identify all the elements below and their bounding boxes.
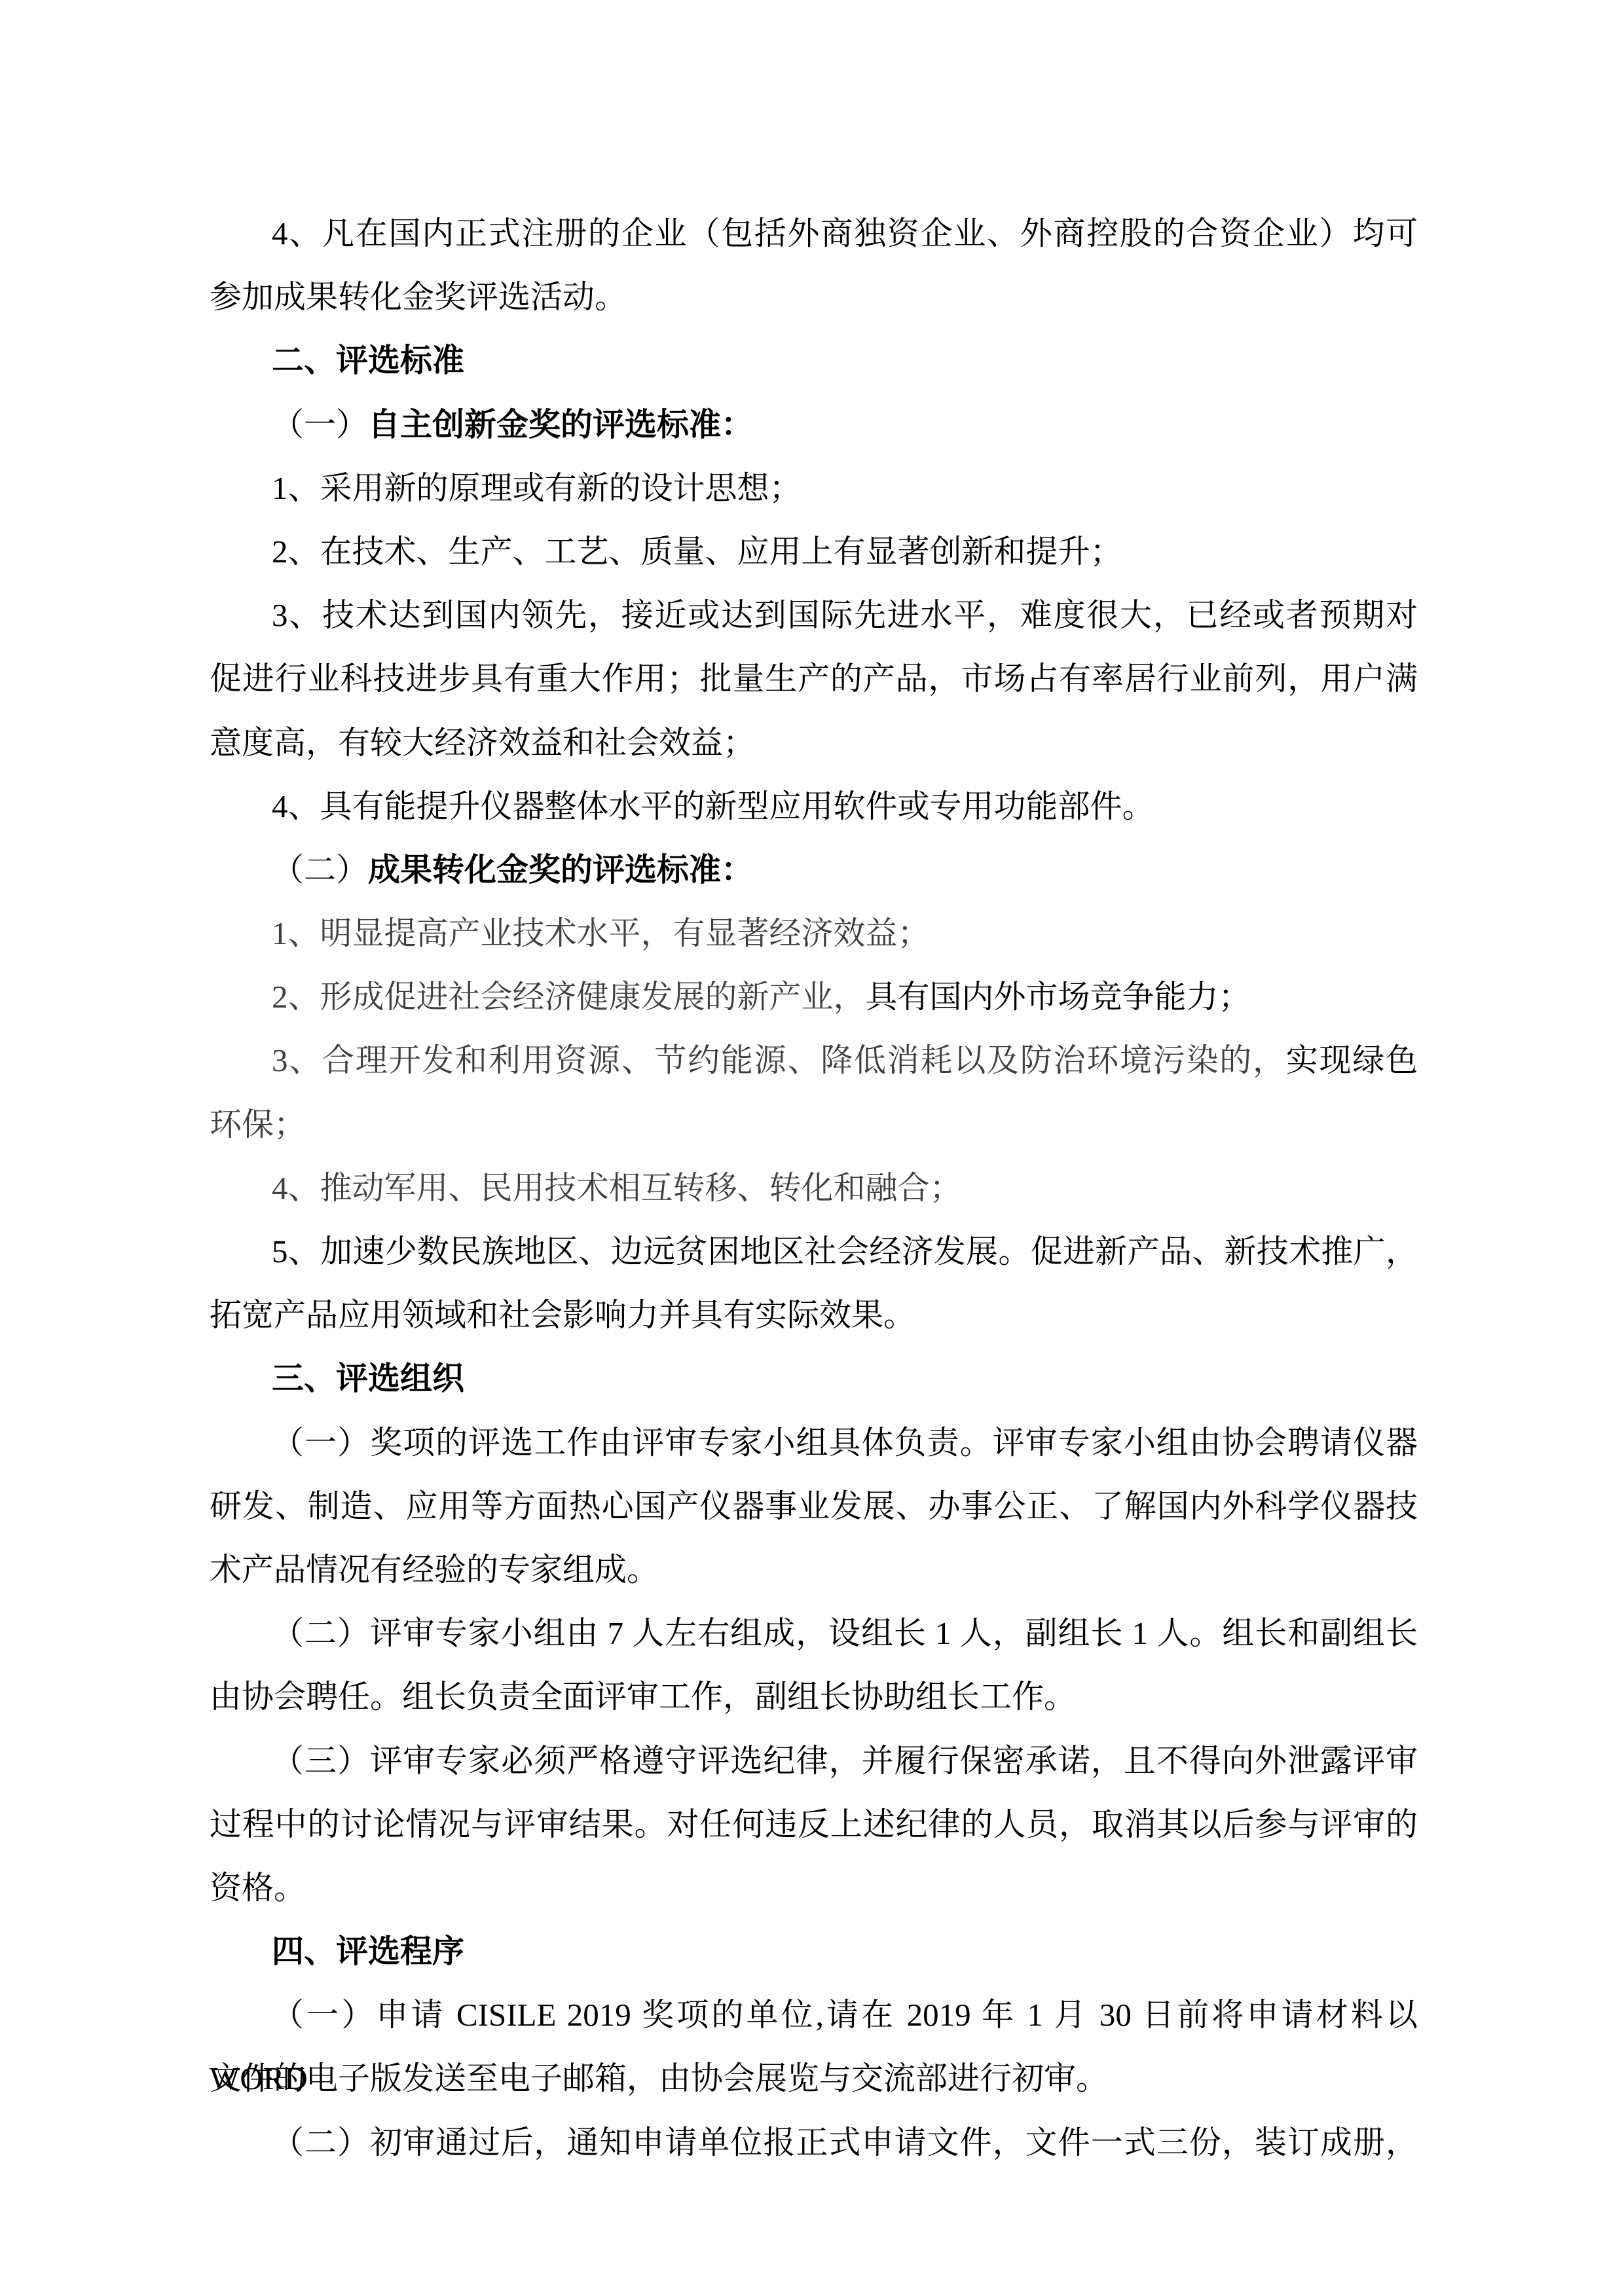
text-line: 4、凡在国内正式注册的企业（包括外商独资企业、外商控股的合资企业）均可 xyxy=(210,202,1418,265)
text-line: （二）初审通过后，通知申请单位报正式申请文件，文件一式三份，装订成册， xyxy=(210,2111,1418,2174)
body-text: 4、具有能提升仪器整体水平的新型应用软件或专用功能部件。 xyxy=(272,788,1154,824)
text-line: 意度高，有较大经济效益和社会效益； xyxy=(210,711,1418,774)
body-text: 参加成果转化金奖评选活动。 xyxy=(210,279,627,315)
body-text: 研发、制造、应用等方面热心国产仪器事业发展、办事公正、了解国内外科学仪器技 xyxy=(210,1488,1418,1524)
heading-text: 自主创新金奖的评选标准： xyxy=(368,407,753,443)
body-text: 由协会聘任。组长负责全面评审工作，副组长协助组长工作。 xyxy=(210,1679,1076,1715)
text-line: 资格。 xyxy=(210,1856,1418,1920)
text-line: 3、技术达到国内领先，接近或达到国际先进水平，难度很大，已经或者预期对 xyxy=(210,583,1418,647)
body-text: 1、明显提高产业技术水平，有显著经济效益； xyxy=(272,915,930,951)
text-line: 术产品情况有经验的专家组成。 xyxy=(210,1538,1418,1601)
body-text: 3、合理开发和利用资源、节约能源、降低消耗以及防治环境污染的， xyxy=(272,1042,1286,1078)
body-text: 5、加速少数民族地区、边远贫困地区社会经济发展。促进新产品、新技术推广， xyxy=(272,1233,1418,1269)
heading-text: 三、评选组织 xyxy=(272,1360,464,1396)
text-line: 促进行业科技进步具有重大作用；批量生产的产品，市场占有率居行业前列，用户满 xyxy=(210,647,1418,710)
text-line: 2、在技术、生产、工艺、质量、应用上有显著创新和提升； xyxy=(210,520,1418,583)
text-line: （一）申请 CISILE 2019 奖项的单位,请在 2019 年 1 月 30… xyxy=(210,1983,1418,2047)
text-line: 环保； xyxy=(210,1093,1418,1156)
body-text: 资格。 xyxy=(210,1870,306,1906)
text-line: 4、具有能提升仪器整体水平的新型应用软件或专用功能部件。 xyxy=(210,774,1418,838)
body-text: 实现绿色 xyxy=(1286,1042,1418,1078)
body-text: 4、凡在国内正式注册的企业（包括外商独资企业、外商控股的合资企业）均可 xyxy=(272,215,1418,251)
text-line: 参加成果转化金奖评选活动。 xyxy=(210,265,1418,329)
text-line: 1、采用新的原理或有新的设计思想； xyxy=(210,456,1418,520)
body-text: 术产品情况有经验的专家组成。 xyxy=(210,1552,659,1588)
text-line: （二）评审专家小组由 7 人左右组成，设组长 1 人，副组长 1 人。组长和副组… xyxy=(210,1601,1418,1665)
body-text: 2、形成促进社会经济健康发展的新产业， xyxy=(272,979,866,1015)
heading-text: 成果转化金奖的评选标准： xyxy=(368,852,753,888)
text-line: （三）评审专家必须严格遵守评选纪律，并履行保密承诺，且不得向外泄露评审 xyxy=(210,1729,1418,1793)
body-text: 1、采用新的原理或有新的设计思想； xyxy=(272,470,802,506)
text-line: （二）成果转化金奖的评选标准： xyxy=(210,838,1418,902)
body-text: （二）初审通过后，通知申请单位报正式申请文件，文件一式三份，装订成册， xyxy=(272,2124,1418,2160)
text-line: 研发、制造、应用等方面热心国产仪器事业发展、办事公正、了解国内外科学仪器技 xyxy=(210,1474,1418,1538)
body-text: 过程中的讨论情况与评审结果。对任何违反上述纪律的人员，取消其以后参与评审的 xyxy=(210,1806,1418,1842)
body-text: （二） xyxy=(272,852,368,888)
text-line: 过程中的讨论情况与评审结果。对任何违反上述纪律的人员，取消其以后参与评审的 xyxy=(210,1793,1418,1856)
body-text: （一）奖项的评选工作由评审专家小组具体负责。评审专家小组由协会聘请仪器 xyxy=(272,1425,1418,1461)
body-text: 2、在技术、生产、工艺、质量、应用上有显著创新和提升； xyxy=(272,534,1122,570)
text-line: 2、形成促进社会经济健康发展的新产业，具有国内外市场竞争能力； xyxy=(210,965,1418,1029)
body-text: 文件的电子版发送至电子邮箱，由协会展览与交流部进行初审。 xyxy=(210,2060,1108,2096)
text-line: 由协会聘任。组长负责全面评审工作，副组长协助组长工作。 xyxy=(210,1665,1418,1728)
body-text: 促进行业科技进步具有重大作用；批量生产的产品，市场占有率居行业前列，用户满 xyxy=(210,661,1418,697)
body-text: 环保； xyxy=(210,1106,306,1142)
text-line: 5、加速少数民族地区、边远贫困地区社会经济发展。促进新产品、新技术推广， xyxy=(210,1220,1418,1283)
text-line: 文件的电子版发送至电子邮箱，由协会展览与交流部进行初审。 xyxy=(210,2047,1418,2110)
body-text: 3、技术达到国内领先，接近或达到国际先进水平，难度很大，已经或者预期对 xyxy=(272,597,1418,633)
text-line: （一）奖项的评选工作由评审专家小组具体负责。评审专家小组由协会聘请仪器 xyxy=(210,1411,1418,1474)
text-line: （一）自主创新金奖的评选标准： xyxy=(210,393,1418,456)
text-line: 二、评选标准 xyxy=(210,329,1418,392)
heading-text: 二、评选标准 xyxy=(272,342,464,378)
body-text: 意度高，有较大经济效益和社会效益； xyxy=(210,725,755,761)
text-line: 4、推动军用、民用技术相互转移、转化和融合； xyxy=(210,1156,1418,1220)
body-text: （二）评审专家小组由 7 人左右组成，设组长 1 人，副组长 1 人。组长和副组… xyxy=(272,1615,1418,1651)
body-text: （一） xyxy=(272,407,368,443)
text-line: 四、评选程序 xyxy=(210,1920,1418,1983)
text-line: 三、评选组织 xyxy=(210,1347,1418,1410)
document-body: 4、凡在国内正式注册的企业（包括外商独资企业、外商控股的合资企业）均可参加成果转… xyxy=(210,202,1418,2174)
text-line: 1、明显提高产业技术水平，有显著经济效益； xyxy=(210,902,1418,965)
body-text: 4、推动军用、民用技术相互转移、转化和融合； xyxy=(272,1170,962,1206)
heading-text: 四、评选程序 xyxy=(272,1933,464,1969)
text-line: 3、合理开发和利用资源、节约能源、降低消耗以及防治环境污染的，实现绿色 xyxy=(210,1029,1418,1092)
body-text: 拓宽产品应用领域和社会影响力并具有实际效果。 xyxy=(210,1297,915,1333)
body-text: 具有国内外市场竞争能力； xyxy=(866,979,1251,1015)
text-line: 拓宽产品应用领域和社会影响力并具有实际效果。 xyxy=(210,1283,1418,1347)
body-text: （三）评审专家必须严格遵守评选纪律，并履行保密承诺，且不得向外泄露评审 xyxy=(272,1743,1418,1779)
document-page: 4、凡在国内正式注册的企业（包括外商独资企业、外商控股的合资企业）均可参加成果转… xyxy=(0,0,1624,2296)
